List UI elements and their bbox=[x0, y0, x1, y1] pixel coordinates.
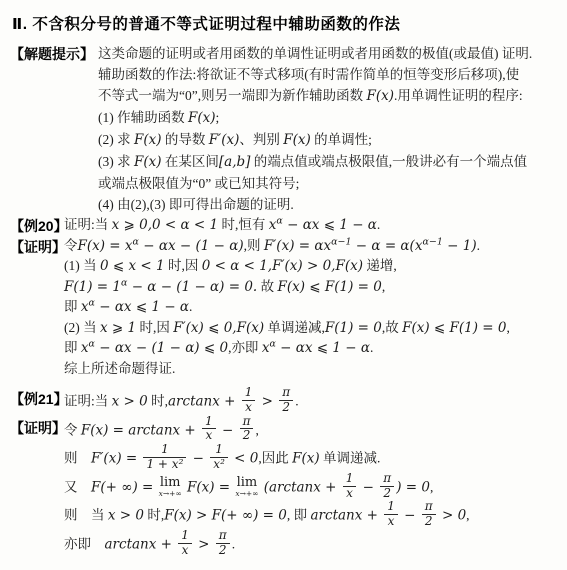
math-run: − bbox=[218, 422, 238, 438]
proof-20: 【证明】令F(x) = xα − αx − (1 − α),则 F′(x) = … bbox=[10, 236, 561, 380]
math-run: − bbox=[188, 451, 208, 467]
math-run: ) = 0 bbox=[396, 479, 430, 495]
text-run: 递增, bbox=[363, 258, 397, 273]
text-run: . bbox=[377, 217, 380, 232]
fraction: 1x bbox=[343, 472, 357, 501]
text-run: 时,因 bbox=[136, 320, 173, 335]
block-label: 【例21】 bbox=[10, 389, 68, 409]
superscript: α−1 bbox=[331, 236, 351, 247]
text-run: . bbox=[370, 340, 373, 355]
text-line: (1) 当 0 ⩽ x < 1 时,因 0 < α < 1,F′(x) > 0,… bbox=[64, 256, 561, 277]
math-run: (arctanx + bbox=[259, 479, 340, 495]
math-run: F(x) = bbox=[78, 238, 125, 254]
text-run: , bbox=[255, 422, 258, 437]
math-run: arctanx + bbox=[168, 393, 240, 409]
fraction-denominator: 1 + x² bbox=[143, 457, 186, 472]
text-line: (2) 求 F(x) 的导数 F′(x)、判别 F(x) 的单调性; bbox=[98, 129, 561, 151]
math-run: F′(x) = α bbox=[264, 238, 324, 254]
math-run: F′(x) = bbox=[91, 451, 141, 467]
math-run: F(x) ⩽ F(1) = 0 bbox=[277, 279, 381, 295]
math-run: − 1) bbox=[443, 238, 477, 254]
text-line: 则 F′(x) = 11 + x² − 1x² < 0,因此 F(x) 单调递减… bbox=[64, 445, 561, 474]
text-run: , bbox=[466, 508, 469, 523]
text-run: 或端点极限值为“0” 或已知其符号; bbox=[98, 176, 299, 191]
math-run: x ⩾ 0,0 < α < 1 bbox=[112, 217, 218, 233]
text-run: 单调递减. bbox=[320, 451, 381, 466]
math-run: F(x) ⩽ F(1) = 0 bbox=[402, 320, 506, 336]
text-run: 综上所述命题得证. bbox=[64, 361, 175, 376]
math-run: > bbox=[257, 393, 277, 409]
text-run: 单调递减, bbox=[264, 320, 325, 335]
text-run: 在某区间 bbox=[162, 154, 219, 169]
text-run: 时, bbox=[148, 393, 168, 408]
fraction-numerator: π bbox=[422, 500, 436, 514]
example-21: 【例21】证明:当 x > 0 时,arctanx + 1x > π2. bbox=[10, 388, 561, 417]
math-run: − bbox=[358, 479, 378, 495]
text-line: (2) 当 x ⩾ 1 时,因 F′(x) ⩽ 0,F(x) 单调递减,F(1)… bbox=[64, 318, 561, 339]
math-run: > 0 bbox=[438, 508, 466, 524]
text-line: 又 F(+ ∞) = limx→+∞ F(x) = limx→+∞ (arcta… bbox=[64, 474, 561, 503]
fraction-denominator: 2 bbox=[240, 428, 254, 443]
text-run: 这类命题的证明或者用函数的单调性证明或者用函数的极值(或最值) 证明. bbox=[98, 46, 532, 61]
fraction-denominator: x bbox=[202, 428, 216, 443]
text-run: 亦即 bbox=[64, 536, 105, 551]
text-run: ,亦即 bbox=[228, 340, 262, 355]
math-run-with-superscript: xα bbox=[262, 340, 276, 356]
example-20: 【例20】证明:当 x ⩾ 0,0 < α < 1 时,恒有 xα − αx ⩽… bbox=[10, 215, 561, 236]
fraction: 1x bbox=[202, 415, 216, 444]
fraction: 1x bbox=[384, 500, 398, 529]
fraction-denominator: 2 bbox=[422, 514, 436, 529]
text-run: (4) 由(2),(3) 即可得出命题的证明. bbox=[98, 197, 294, 212]
fraction-numerator: 1 bbox=[143, 443, 186, 457]
math-run: > bbox=[194, 536, 214, 552]
page-title: Ⅱ. 不含积分号的普通不等式证明过程中辅助函数的作法 bbox=[12, 12, 561, 34]
text-run: 、判别 bbox=[239, 132, 283, 147]
math-run-with-superscript: xα−1 bbox=[415, 238, 443, 254]
math-run: F(x) bbox=[188, 110, 216, 126]
math-run: − αx ⩽ 1 − α bbox=[283, 217, 377, 233]
block-label: 【证明】 bbox=[10, 237, 66, 257]
math-run-with-superscript: xα bbox=[125, 238, 139, 254]
fraction-denominator: x bbox=[242, 400, 256, 415]
text-run: . bbox=[232, 536, 235, 551]
math-run: F(x) bbox=[292, 451, 320, 467]
math-run: − bbox=[400, 508, 420, 524]
text-run: ,因此 bbox=[258, 451, 292, 466]
text-run: 即 bbox=[64, 299, 81, 314]
text-run: 证明:当 bbox=[64, 393, 112, 408]
text-run: (2) 求 bbox=[98, 132, 134, 147]
text-run: 的导数 bbox=[162, 132, 209, 147]
text-run: , bbox=[506, 320, 509, 335]
text-line: (4) 由(2),(3) 即可得出命题的证明. bbox=[98, 194, 561, 215]
text-line: 辅助函数的作法:将欲证不等式移项(有时需作简单的恒等变形后移项),使 bbox=[98, 64, 561, 85]
superscript: α−1 bbox=[422, 236, 442, 247]
text-run: 证明:当 bbox=[64, 217, 112, 232]
fraction-numerator: π bbox=[216, 529, 230, 543]
math-run-with-superscript: xα bbox=[81, 340, 95, 356]
math-run: arctanx + bbox=[311, 508, 383, 524]
fraction: 1x bbox=[178, 529, 192, 558]
fraction-numerator: 1 bbox=[384, 500, 398, 514]
fraction-numerator: π bbox=[380, 472, 394, 486]
text-run: , 即 bbox=[287, 508, 311, 523]
fraction: 1x² bbox=[210, 443, 228, 472]
text-run: . bbox=[295, 393, 298, 408]
text-run: . bbox=[189, 299, 192, 314]
text-run: 令 bbox=[64, 422, 81, 437]
math-run: F(+ ∞) = bbox=[91, 479, 158, 495]
limit-word: lim bbox=[159, 476, 182, 489]
text-run: . bbox=[477, 238, 480, 253]
text-line: 令F(x) = xα − αx − (1 − α),则 F′(x) = αxα−… bbox=[64, 236, 561, 257]
math-run: F(x) bbox=[134, 132, 162, 148]
text-run: (3) 求 bbox=[98, 154, 134, 169]
fraction-denominator: 2 bbox=[216, 543, 230, 558]
fraction-denominator: x bbox=[343, 486, 357, 501]
fraction: π2 bbox=[240, 415, 254, 444]
text-run: 令 bbox=[64, 238, 78, 253]
text-line: (3) 求 F(x) 在某区间[a,b] 的端点值或端点极限值,一般讲必有一个端… bbox=[98, 151, 561, 173]
text-run: .用单调性证明的程序: bbox=[394, 88, 523, 103]
fraction: 11 + x² bbox=[143, 443, 186, 472]
limit-operator: limx→+∞ bbox=[235, 476, 258, 498]
math-run: F(x) = bbox=[183, 479, 235, 495]
text-run: 不等式一端为“0”,则另一端即为新作辅助函数 bbox=[98, 88, 366, 103]
text-line: 令 F(x) = arctanx + 1x − π2, bbox=[64, 417, 561, 446]
limit-word: lim bbox=[235, 476, 258, 489]
math-run: − α − (1 − α) = 0. bbox=[127, 279, 257, 295]
text-run: 则 bbox=[64, 451, 91, 466]
fraction-numerator: 1 bbox=[242, 386, 256, 400]
text-run: , bbox=[430, 479, 433, 494]
math-run: < 0 bbox=[230, 451, 258, 467]
math-run: − αx ⩽ 1 − α bbox=[95, 299, 189, 315]
text-line: (1) 作辅助函数 F(x); bbox=[98, 107, 561, 129]
math-run: F(1) = 0 bbox=[325, 320, 382, 336]
math-run: x ⩾ 1 bbox=[100, 320, 136, 336]
text-run: 即 bbox=[64, 340, 81, 355]
text-line: 证明:当 x > 0 时,arctanx + 1x > π2. bbox=[64, 388, 561, 417]
text-run: ; bbox=[216, 110, 220, 125]
fraction-denominator: 2 bbox=[380, 486, 394, 501]
fraction: π2 bbox=[279, 386, 293, 415]
math-run: F(x) bbox=[366, 88, 394, 104]
text-line: 或端点极限值为“0” 或已知其符号; bbox=[98, 173, 561, 194]
text-line: 亦即 arctanx + 1x > π2. bbox=[64, 531, 561, 560]
math-run: x > 0 bbox=[108, 508, 144, 524]
text-run: 时, bbox=[144, 508, 164, 523]
text-run: ,故 bbox=[382, 320, 402, 335]
fraction-numerator: π bbox=[240, 415, 254, 429]
math-run: F(1) = bbox=[64, 279, 112, 295]
math-run: − αx − (1 − α) ⩽ 0 bbox=[95, 340, 228, 356]
text-run: , bbox=[382, 279, 385, 294]
fraction: π2 bbox=[216, 529, 230, 558]
text-run: ,则 bbox=[244, 238, 264, 253]
block-label: 【解题提示】 bbox=[10, 44, 94, 64]
fraction-numerator: π bbox=[279, 386, 293, 400]
text-line: 则 当 x > 0 时,F(x) > F(+ ∞) = 0, 即 arctanx… bbox=[64, 502, 561, 531]
fraction-denominator: x bbox=[178, 543, 192, 558]
text-line: 这类命题的证明或者用函数的单调性证明或者用函数的极值(或最值) 证明. bbox=[98, 43, 561, 64]
block-label: 【例20】 bbox=[10, 216, 68, 236]
text-line: 不等式一端为“0”,则另一端即为新作辅助函数 F(x).用单调性证明的程序: bbox=[98, 85, 561, 107]
text-run: (1) 当 bbox=[64, 258, 100, 273]
hint-block: 【解题提示】这类命题的证明或者用函数的单调性证明或者用函数的极值(或最值) 证明… bbox=[10, 43, 561, 215]
text-line: 即 xα − αx ⩽ 1 − α. bbox=[64, 297, 561, 318]
math-run: x > 0 bbox=[112, 393, 148, 409]
text-run: 辅助函数的作法:将欲证不等式移项(有时需作简单的恒等变形后移项),使 bbox=[98, 67, 519, 82]
text-run: (1) 作辅助函数 bbox=[98, 110, 188, 125]
fraction-denominator: 2 bbox=[279, 400, 293, 415]
fraction: π2 bbox=[380, 472, 394, 501]
fraction-denominator: x bbox=[384, 514, 398, 529]
limit-subscript: x→+∞ bbox=[235, 490, 258, 498]
math-run: F(x) = arctanx + bbox=[81, 422, 200, 438]
text-line: 即 xα − αx − (1 − α) ⩽ 0,亦即 xα − αx ⩽ 1 −… bbox=[64, 338, 561, 359]
text-run: 的单调性; bbox=[311, 132, 372, 147]
fraction-numerator: 1 bbox=[343, 472, 357, 486]
text-line: F(1) = 1α − α − (1 − α) = 0. 故 F(x) ⩽ F(… bbox=[64, 277, 561, 298]
math-run: [a,b] bbox=[219, 154, 251, 170]
math-run-with-superscript: xα bbox=[269, 217, 283, 233]
text-line: 综上所述命题得证. bbox=[64, 359, 561, 380]
fraction-numerator: 1 bbox=[178, 529, 192, 543]
math-run: 0 ⩽ x < 1 bbox=[100, 258, 165, 274]
text-run: 时,因 bbox=[165, 258, 202, 273]
text-run: 故 bbox=[257, 279, 277, 294]
fraction: 1x bbox=[242, 386, 256, 415]
math-run: F(x) > F(+ ∞) = 0 bbox=[164, 508, 287, 524]
math-run: F(x) bbox=[283, 132, 311, 148]
proof-21: 【证明】令 F(x) = arctanx + 1x − π2,则 F′(x) =… bbox=[10, 417, 561, 560]
limit-operator: limx→+∞ bbox=[159, 476, 182, 498]
math-run: − α = α( bbox=[352, 238, 415, 254]
text-run: 时,恒有 bbox=[218, 217, 269, 232]
math-run: arctanx + bbox=[105, 536, 177, 552]
math-run: F(x) bbox=[134, 154, 162, 170]
document-body: 【解题提示】这类命题的证明或者用函数的单调性证明或者用函数的极值(或最值) 证明… bbox=[10, 43, 561, 560]
text-run: 则 当 bbox=[64, 508, 108, 523]
math-run: F′(x) bbox=[209, 132, 240, 148]
block-label: 【证明】 bbox=[10, 418, 66, 438]
fraction-numerator: 1 bbox=[202, 415, 216, 429]
math-run-with-superscript: xα−1 bbox=[323, 238, 351, 254]
fraction-numerator: 1 bbox=[210, 443, 228, 457]
text-run: 的端点值或端点极限值,一般讲必有一个端点值 bbox=[250, 154, 527, 169]
math-run-with-superscript: 1α bbox=[112, 279, 127, 295]
document-page: Ⅱ. 不含积分号的普通不等式证明过程中辅助函数的作法 【解题提示】这类命题的证明… bbox=[0, 0, 567, 570]
text-run: 又 bbox=[64, 479, 91, 494]
fraction-denominator: x² bbox=[210, 457, 228, 472]
math-run-with-superscript: xα bbox=[81, 299, 95, 315]
math-run: 0 < α < 1,F′(x) > 0,F(x) bbox=[202, 258, 363, 274]
math-run: F′(x) ⩽ 0,F(x) bbox=[173, 320, 264, 336]
text-line: 证明:当 x ⩾ 0,0 < α < 1 时,恒有 xα − αx ⩽ 1 − … bbox=[64, 215, 561, 236]
limit-subscript: x→+∞ bbox=[159, 490, 182, 498]
fraction: π2 bbox=[422, 500, 436, 529]
math-run: − αx − (1 − α) bbox=[139, 238, 244, 254]
math-run: − αx ⩽ 1 − α bbox=[276, 340, 370, 356]
text-run: (2) 当 bbox=[64, 320, 100, 335]
